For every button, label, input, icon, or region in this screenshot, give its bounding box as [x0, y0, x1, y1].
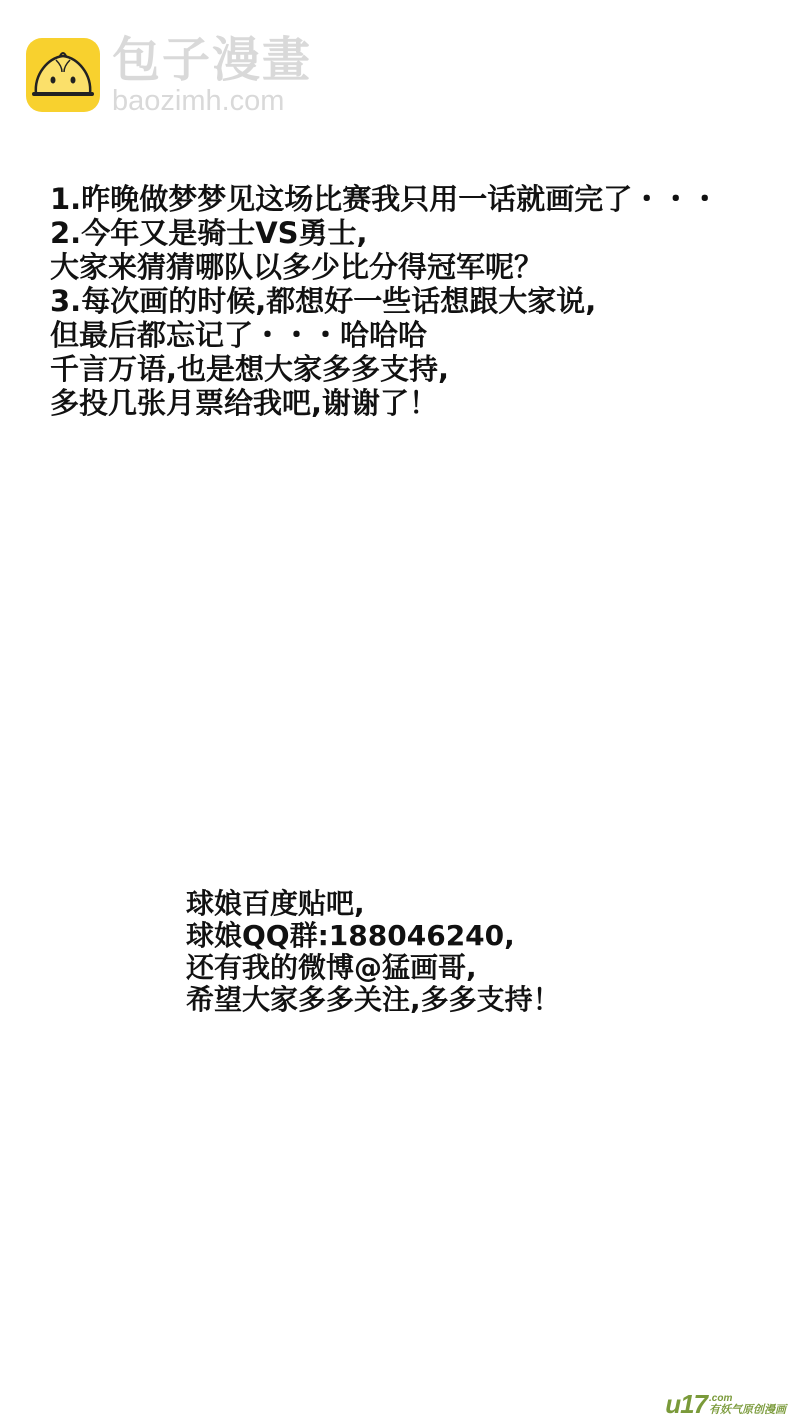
u17-slogan: 有妖气原创漫画 — [709, 1404, 786, 1416]
brand-name: 包子漫畫 — [112, 34, 312, 86]
u17-watermark: u17 .com 有妖气原创漫画 — [665, 1392, 786, 1416]
baozimh-watermark: 包子漫畫 baozimh.com — [26, 34, 312, 116]
author-notes: 1.昨晚做梦梦见这场比赛我只用一话就画完了・・・ 2.今年又是骑士VS勇士, 大… — [50, 182, 719, 420]
note-line: 3.每次画的时候,都想好一些话想跟大家说, — [50, 284, 719, 318]
note-line: 千言万语,也是想大家多多支持, — [50, 352, 719, 386]
note-line: 多投几张月票给我吧,谢谢了！ — [50, 386, 719, 420]
u17-logo: u17 — [665, 1392, 707, 1416]
note-line: 2.今年又是骑士VS勇士, — [50, 216, 719, 250]
bun-mascot-icon — [26, 38, 100, 112]
contact-line: 希望大家多多关注,多多支持！ — [186, 984, 561, 1016]
note-line: 但最后都忘记了・・・哈哈哈 — [50, 318, 719, 352]
brand-url: baozimh.com — [112, 86, 312, 116]
contact-line: 球娘百度贴吧, — [186, 888, 561, 920]
note-line: 大家来猜猜哪队以多少比分得冠军呢？ — [50, 250, 719, 284]
contact-info: 球娘百度贴吧, 球娘QQ群:188046240, 还有我的微博@猛画哥, 希望大… — [186, 888, 561, 1016]
contact-line: 还有我的微博@猛画哥, — [186, 952, 561, 984]
note-line: 1.昨晚做梦梦见这场比赛我只用一话就画完了・・・ — [50, 182, 719, 216]
contact-line: 球娘QQ群:188046240, — [186, 920, 561, 952]
